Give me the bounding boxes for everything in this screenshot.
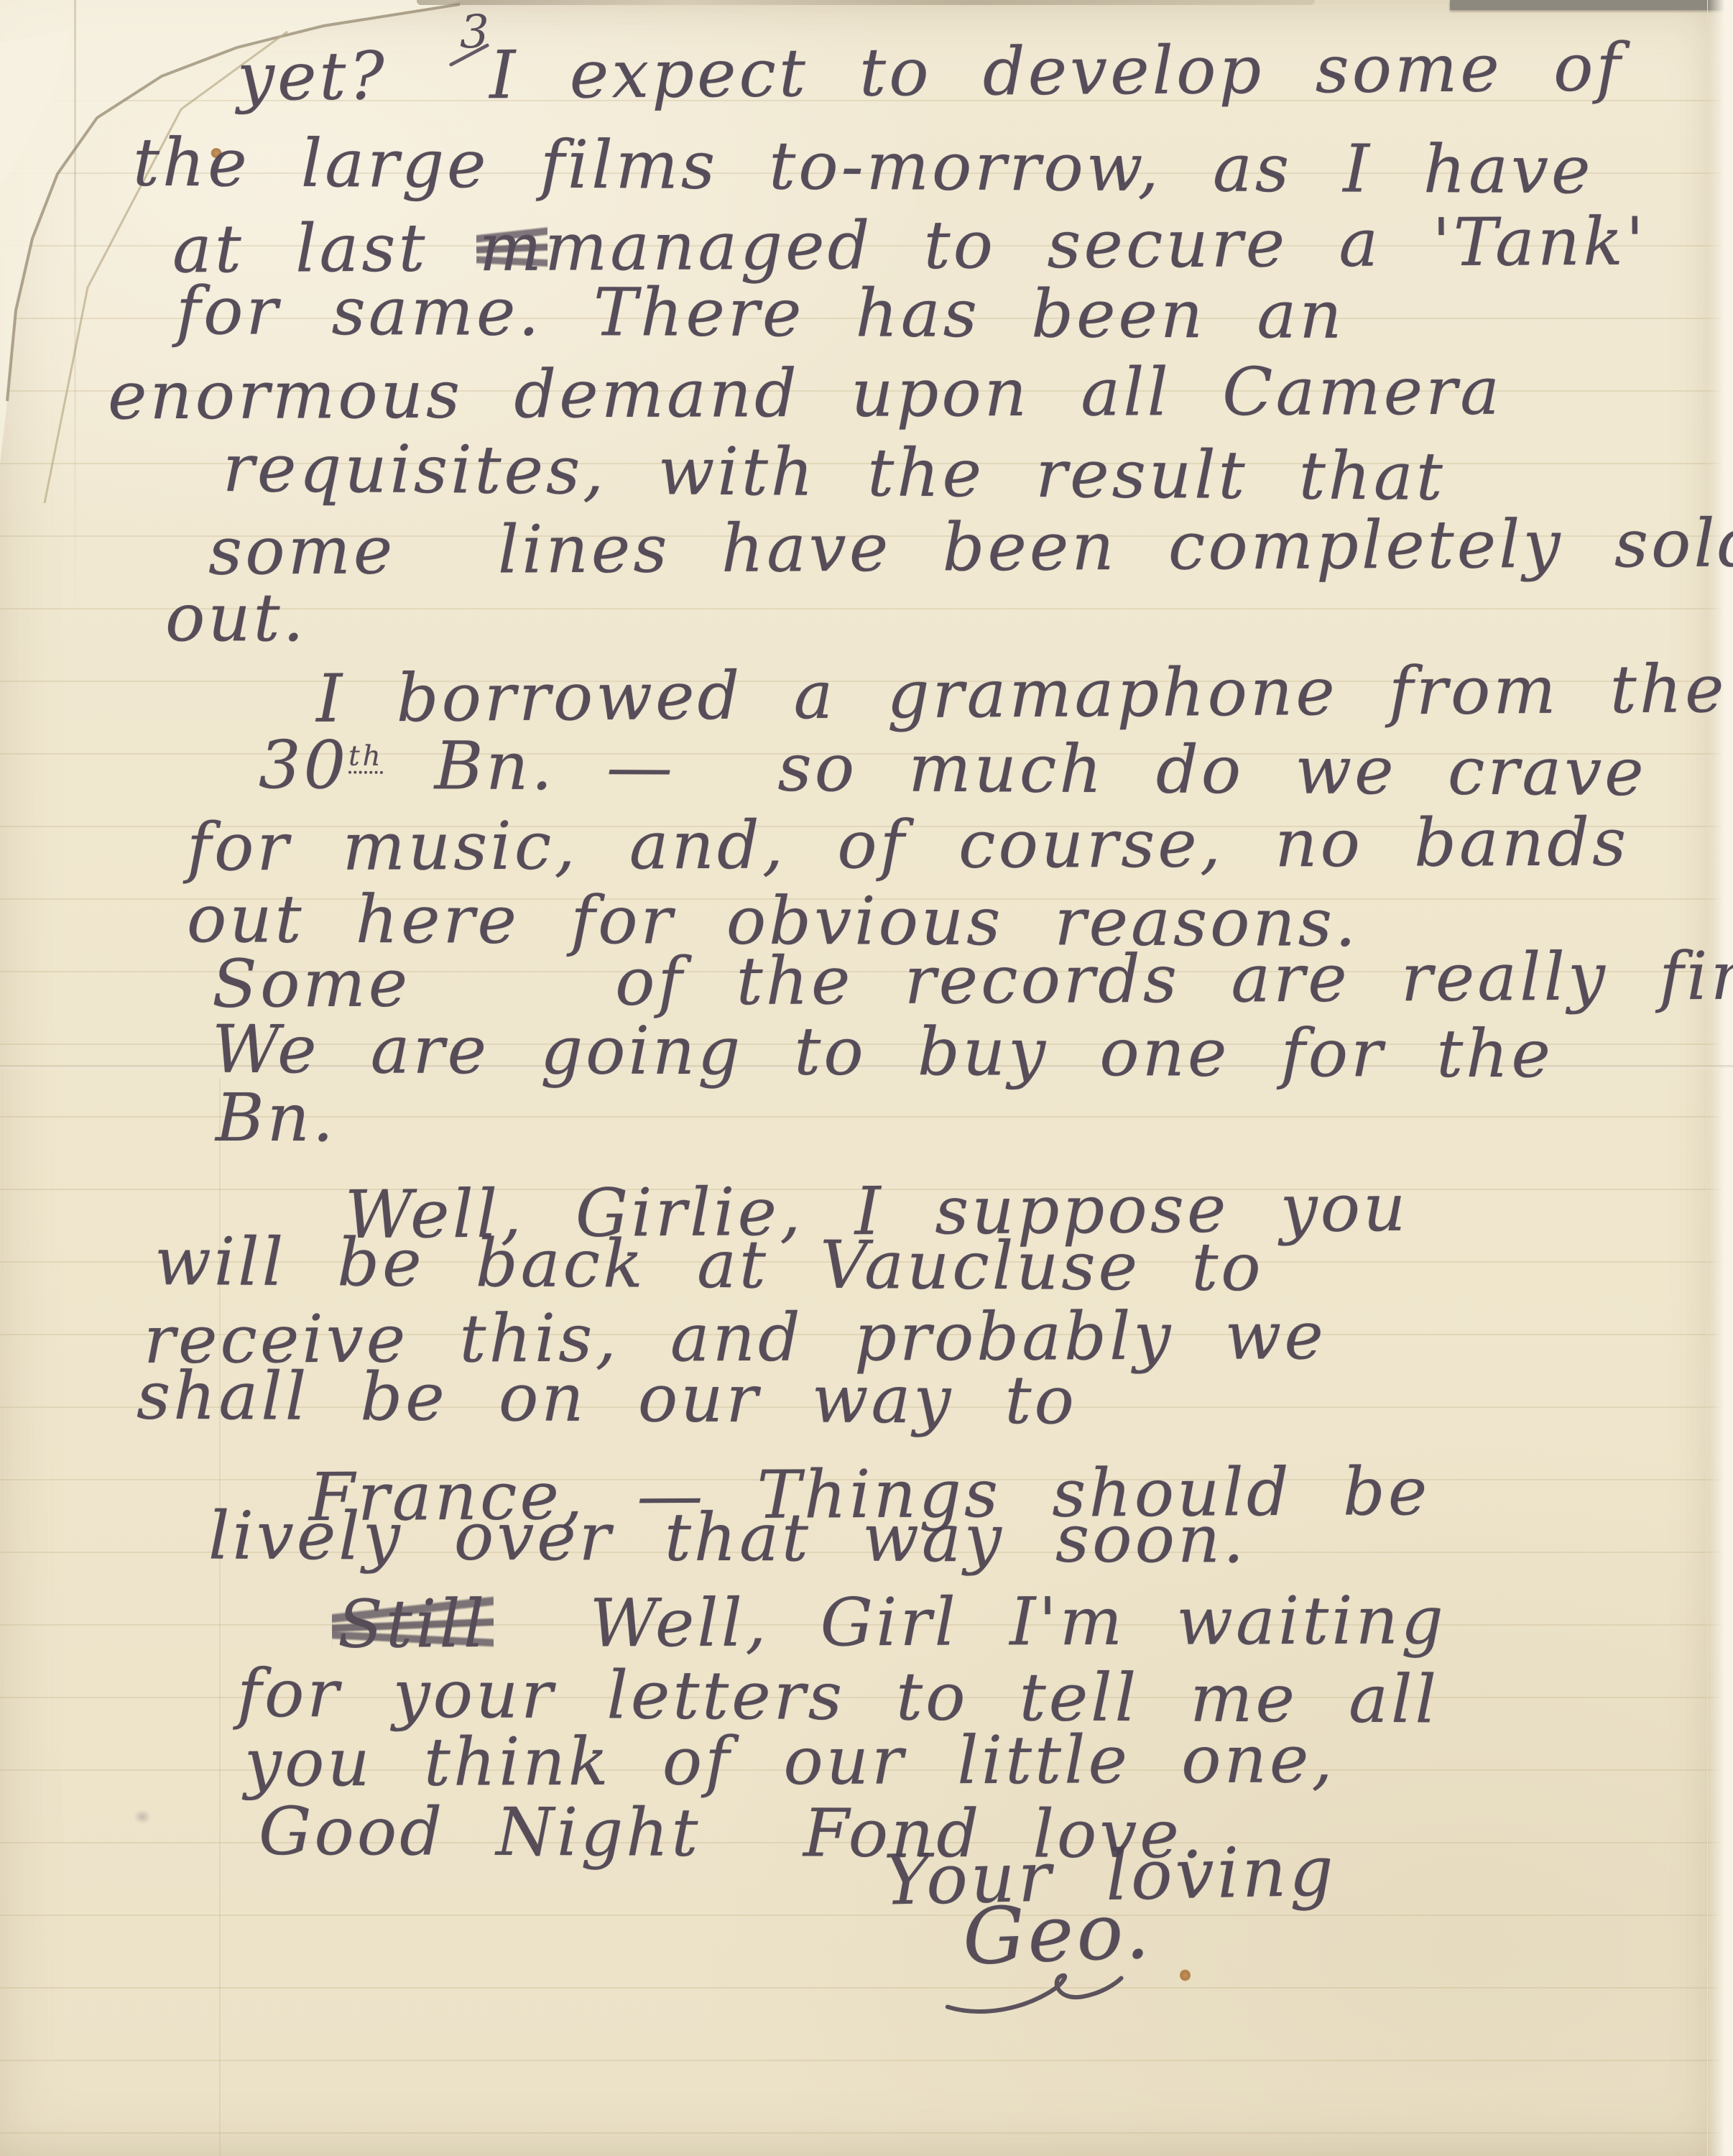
letter-line: you think of our little one, (244, 1726, 1336, 1796)
letter-page: 3 yet? I expect to develop some ofthe la… (0, 0, 1733, 2156)
text-segment: for music, and, of course, no bands (187, 809, 1630, 880)
text-segment: some lines have been completely sold (208, 510, 1733, 584)
text-segment: you think of our little one, (244, 1726, 1336, 1796)
text-segment: the large films to-morrow, as I have (133, 130, 1594, 204)
letter-line: requisites, with the result that (223, 436, 1446, 510)
letter-line: Bn. (216, 1085, 336, 1151)
text-segment: 30 (259, 732, 349, 799)
text-segment: Well, Girl I'm waiting (487, 1588, 1446, 1657)
text-segment: We are going to buy one for the (212, 1017, 1553, 1088)
letter-line: Some of the records are really fine. (212, 943, 1733, 1018)
text-segment: will be back at Vaucluse to (154, 1229, 1264, 1301)
letter-line: some lines have been completely sold (208, 510, 1733, 584)
letter-line: shall be on our way to (137, 1363, 1077, 1434)
letter-line: yet? I expect to develop some of (237, 34, 1624, 110)
text-segment: requisites, with the result that (223, 436, 1446, 510)
text-segment: for same. There has been an (176, 278, 1345, 349)
letter-line: Still Well, Girl I'm waiting (338, 1588, 1446, 1657)
letter-line: 30th Bn. — so much do we crave (259, 732, 1647, 806)
text-segment: Bn. (216, 1085, 336, 1151)
letter-line: out. (165, 585, 307, 651)
struck-text: Still (338, 1591, 488, 1658)
text-segment: enormous demand upon all Camera (108, 359, 1502, 430)
letter-line: will be back at Vaucluse to (154, 1229, 1264, 1301)
letter-line: at last mmanaged to secure a 'Tank' (172, 209, 1647, 283)
letter-line: the large films to-morrow, as I have (133, 130, 1594, 204)
letter-line: enormous demand upon all Camera (108, 359, 1502, 430)
text-segment: Some of the records are really fine. (212, 943, 1733, 1018)
text-segment: lively over that way soon. (208, 1503, 1247, 1572)
text-segment: managed to secure a 'Tank' (545, 209, 1647, 281)
letter-body: yet? I expect to develop some ofthe larg… (0, 0, 1733, 2156)
text-segment: shall be on our way to (137, 1363, 1077, 1434)
letter-line: We are going to buy one for the (212, 1017, 1553, 1088)
text-segment: out. (165, 585, 307, 651)
letter-line: I borrowed a gramaphone from the (316, 656, 1727, 732)
text-segment: I borrowed a gramaphone from the (316, 656, 1727, 732)
letter-line: lively over that way soon. (208, 1503, 1247, 1572)
struck-text: m (479, 215, 545, 281)
text-segment: yet? I expect to develop some of (237, 34, 1624, 110)
text-segment: Bn. — so much do we crave (383, 733, 1647, 806)
letter-line: for music, and, of course, no bands (187, 809, 1630, 880)
text-segment: th (348, 743, 384, 774)
letter-line: for same. There has been an (176, 278, 1345, 349)
